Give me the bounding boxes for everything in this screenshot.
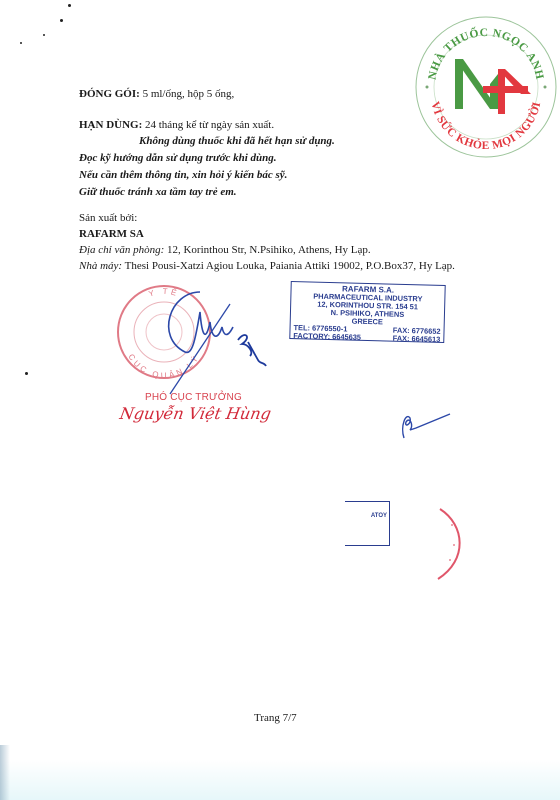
- partial-stamp-text: ATOY: [371, 513, 387, 519]
- stamp-factory: FACTORY: 6645635: [293, 332, 361, 342]
- pharmacy-watermark-logo: NHÀ THUỐC NGỌC ANH VÌ SỨC KHỎE MỌI NGƯỜI: [413, 14, 559, 160]
- expiry-value: 24 tháng kể từ ngày sản xuất.: [142, 119, 274, 131]
- partial-company-stamp: ATOY: [345, 501, 390, 546]
- signature-initial: [396, 408, 456, 448]
- manufacturer-intro: Sản xuất bởi:: [79, 211, 137, 225]
- factory-address-line: Nhà máy: Thesi Pousi-Xatzi Agiou Louka, …: [79, 259, 455, 273]
- expiry-label: HẠN DÙNG:: [79, 119, 142, 131]
- office-address-label: Địa chỉ văn phòng:: [79, 244, 164, 256]
- packaging-label: ĐÓNG GÓI:: [79, 88, 140, 100]
- packaging-line: ĐÓNG GÓI: 5 ml/ống, hộp 5 ống,: [79, 87, 234, 101]
- page-number: Trang 7/7: [254, 712, 297, 724]
- warning-keep-from-children: Giữ thuốc tránh xa tầm tay trẻ em.: [79, 185, 237, 199]
- scan-edge-shadow: [0, 745, 10, 800]
- packaging-value: 5 ml/ống, hộp 5 ống,: [140, 88, 234, 100]
- scan-speck: [25, 372, 28, 375]
- factory-address-label: Nhà máy:: [79, 260, 122, 272]
- office-address-line: Địa chỉ văn phòng: 12, Korinthou Str, N.…: [79, 243, 371, 257]
- scan-speck: [68, 4, 71, 7]
- warning-consult-doctor: Nếu cần thêm thông tin, xin hỏi ý kiến b…: [79, 168, 287, 182]
- factory-address-value: Thesi Pousi-Xatzi Agiou Louka, Paiania A…: [122, 260, 455, 272]
- rafarm-company-stamp: RAFARM S.A. PHARMACEUTICAL INDUSTRY 12, …: [289, 281, 445, 343]
- signature-director: [130, 282, 280, 402]
- scan-speck: [60, 19, 63, 22]
- partial-red-stamp: [430, 505, 470, 585]
- manufacturer-name: RAFARM SA: [79, 227, 144, 241]
- warning-read-instructions: Đọc kỹ hướng dẫn sử dụng trước khi dùng.: [79, 151, 277, 165]
- scan-speck: [43, 34, 45, 36]
- scan-glare: [0, 760, 560, 800]
- office-address-value: 12, Korinthou Str, N.Psihiko, Athens, Hy…: [164, 244, 370, 256]
- expiry-line: HẠN DÙNG: 24 tháng kể từ ngày sản xuất.: [79, 118, 274, 132]
- scan-speck: [20, 42, 22, 44]
- signer-name: Nguyễn Việt Hùng: [118, 404, 272, 423]
- stamp-fax2: FAX: 6645613: [393, 335, 441, 344]
- signer-title: PHÓ CỤC TRƯỞNG: [145, 392, 242, 403]
- warning-expired: Không dùng thuốc khi đã hết hạn sử dụng.: [139, 134, 335, 148]
